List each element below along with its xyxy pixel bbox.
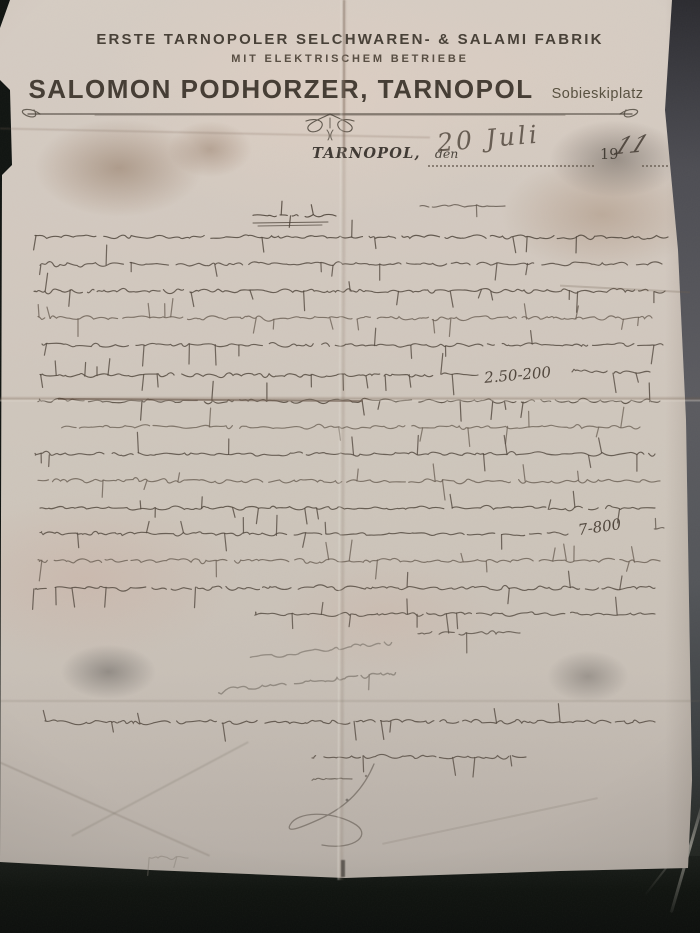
left-flourish-icon [22,109,40,116]
date-city-label: TARNOPOL, [312,145,421,162]
date-line: TARNOPOL, den [312,143,458,162]
letter-sheet: ERSTE TARNOPOLER SELCHWAREN- & SALAMI FA… [0,0,700,933]
letterhead-owner-line: SALOMON PODHORZER, TARNOPOL Sobieskiplat… [0,74,686,105]
letterhead-owner-name: SALOMON PODHORZER, TARNOPOL [28,74,533,105]
letterhead-address: Sobieskiplatz [552,86,644,102]
photograph: ERSTE TARNOPOLER SELCHWAREN- & SALAMI FA… [0,0,700,933]
ornamental-divider [10,104,650,144]
right-flourish-icon [620,109,638,116]
date-dotted-rule [428,164,594,167]
year-dotted-rule [642,164,668,167]
center-ornament-icon [306,114,330,132]
letterhead-subtitle-line: MIT ELEKTRISCHEM BETRIEBE [0,53,700,65]
letterhead-company-line: ERSTE TARNOPOLER SELCHWAREN- & SALAMI FA… [0,31,700,48]
